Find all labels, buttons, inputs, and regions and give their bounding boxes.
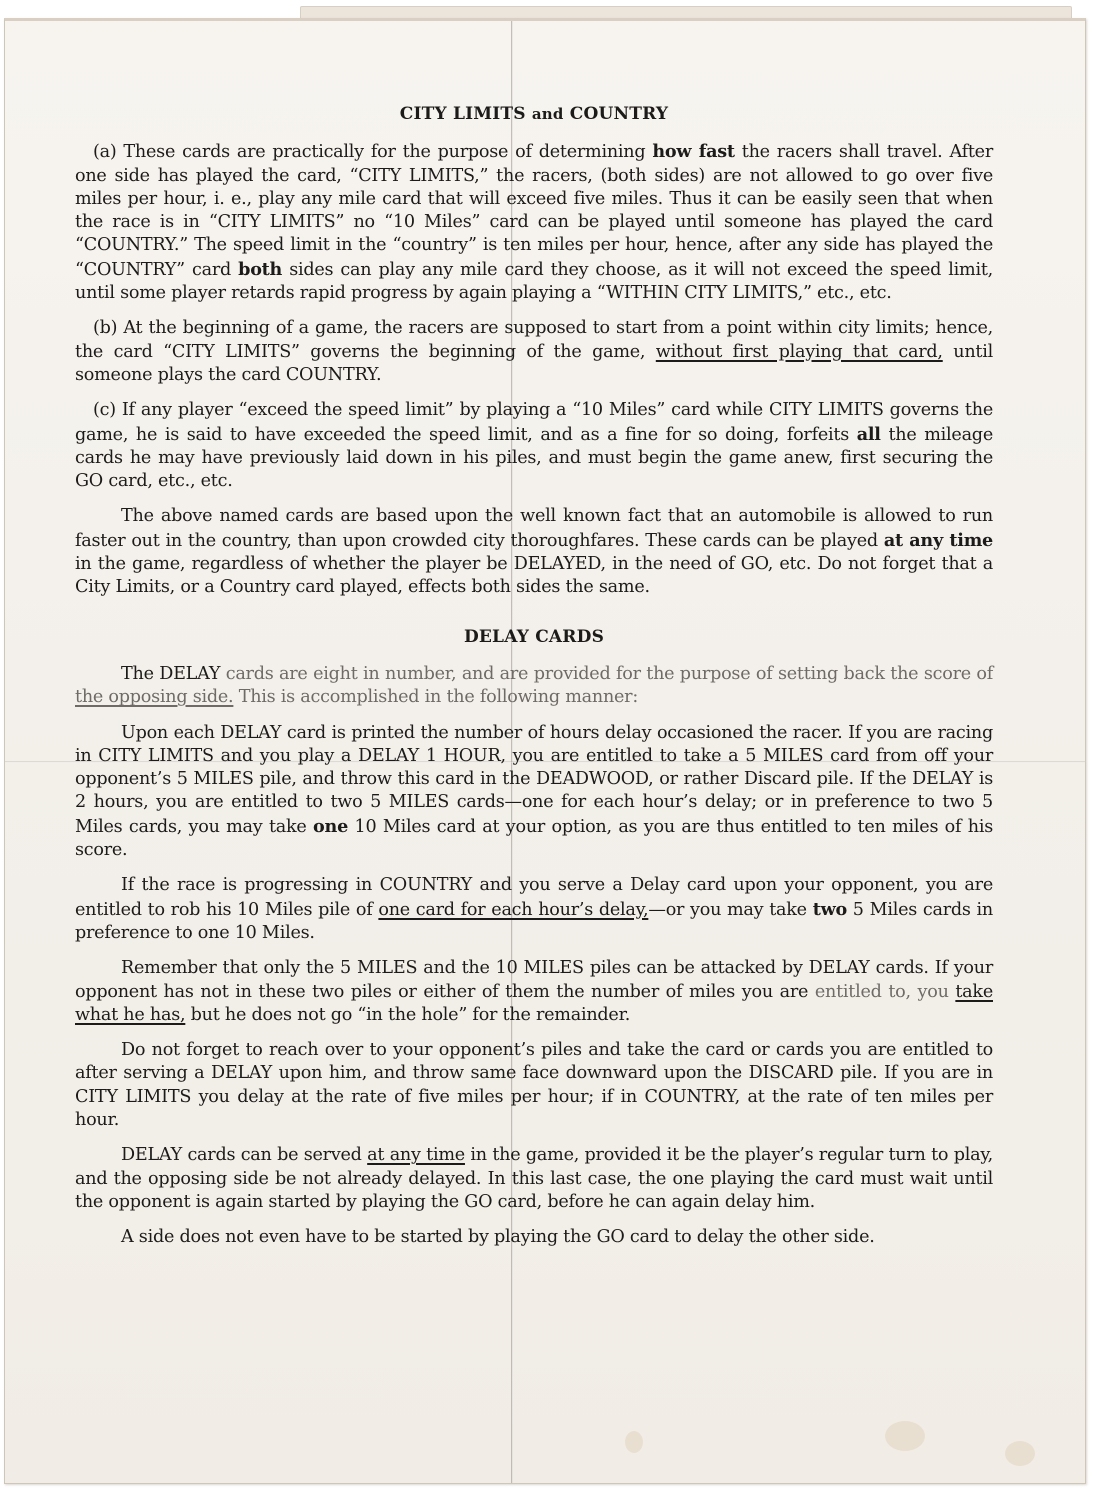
emphasis: both bbox=[238, 259, 282, 280]
text: The above named cards are based upon the… bbox=[75, 506, 993, 550]
paragraph-c: (c) If any player “exceed the speed limi… bbox=[75, 399, 993, 493]
emphasis: all bbox=[857, 424, 881, 445]
underlined-text: without first playing that card, bbox=[656, 342, 943, 362]
age-stain bbox=[1005, 1441, 1035, 1466]
underlined-text: at any time bbox=[367, 1145, 465, 1165]
section-heading-city-limits: CITY LIMITS and COUNTRY bbox=[75, 103, 993, 126]
heading-text: and bbox=[532, 105, 564, 123]
paragraph-a: (a) These cards are practically for the … bbox=[75, 140, 993, 305]
rules-sheet: CITY LIMITS and COUNTRY (a) These cards … bbox=[4, 18, 1086, 1484]
emphasis: one bbox=[313, 816, 348, 837]
paragraph-b: (b) At the beginning of a game, the race… bbox=[75, 317, 993, 387]
emphasis: two bbox=[813, 899, 847, 920]
text: (c) If any player “exceed the speed limi… bbox=[75, 400, 993, 444]
underlined-text: one card for each hour’s delay, bbox=[378, 900, 648, 920]
text: in the game, regardless of whether the p… bbox=[75, 554, 993, 597]
paragraph-delay-intro: The DELAY cards are eight in number, and… bbox=[75, 663, 993, 710]
text: The DELAY bbox=[121, 664, 226, 684]
emphasis: how fast bbox=[652, 141, 734, 162]
age-stain bbox=[885, 1421, 925, 1451]
text: (a) These cards are practically for the … bbox=[93, 142, 652, 162]
faded-text: entitled to, you bbox=[815, 982, 956, 1002]
heading-text: CITY LIMITS bbox=[400, 104, 526, 124]
text: —or you may take bbox=[648, 900, 812, 920]
text: A side does not even have to be started … bbox=[121, 1227, 875, 1247]
rules-text: CITY LIMITS and COUNTRY (a) These cards … bbox=[75, 85, 993, 1261]
paragraph-rationale: The above named cards are based upon the… bbox=[75, 505, 993, 599]
paragraph-delay-discard: Do not forget to reach over to your oppo… bbox=[75, 1039, 993, 1132]
age-stain bbox=[625, 1431, 643, 1453]
paragraph-delay-start: A side does not even have to be started … bbox=[75, 1226, 993, 1249]
text: DELAY cards can be served bbox=[121, 1145, 367, 1165]
text: Do not forget to reach over to your oppo… bbox=[75, 1040, 993, 1130]
paragraph-delay-country: If the race is progressing in COUNTRY an… bbox=[75, 874, 993, 945]
paragraph-delay-piles: Remember that only the 5 MILES and the 1… bbox=[75, 957, 993, 1027]
text: This is accomplished in the following ma… bbox=[233, 687, 638, 707]
underlined-text: the opposing side. bbox=[75, 687, 233, 707]
emphasis: at any time bbox=[884, 530, 993, 551]
text: but he does not go “in the hole” for the… bbox=[185, 1005, 630, 1025]
paragraph-delay-city: Upon each DELAY card is printed the numb… bbox=[75, 722, 993, 863]
heading-text: COUNTRY bbox=[570, 104, 669, 124]
faded-text: cards are eight in number, and are provi… bbox=[226, 664, 993, 684]
paragraph-delay-timing: DELAY cards can be served at any time in… bbox=[75, 1144, 993, 1214]
section-heading-delay-cards: DELAY CARDS bbox=[75, 626, 993, 649]
